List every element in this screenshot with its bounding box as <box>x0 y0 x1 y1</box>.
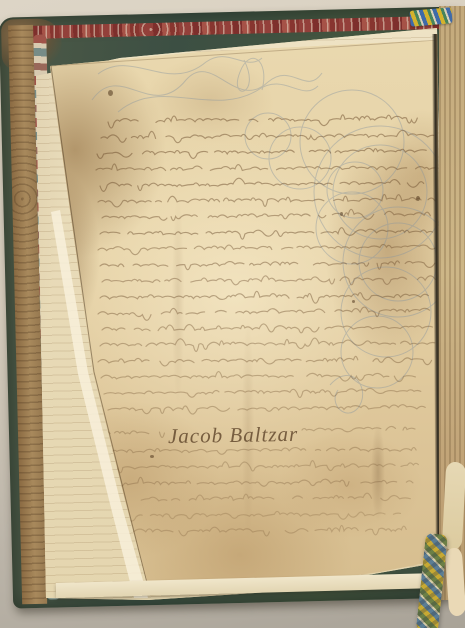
handwriting-line <box>112 476 413 488</box>
handwriting-line <box>116 493 410 503</box>
handwriting-line <box>102 274 435 287</box>
handwriting-lines <box>96 113 441 536</box>
handwriting-line <box>100 177 424 192</box>
handwriting-line <box>101 370 435 384</box>
handwriting-line <box>112 447 416 455</box>
handwriting-line <box>100 260 435 271</box>
handwriting-line <box>98 194 435 207</box>
handwriting-line <box>112 510 401 521</box>
book-scan: Jacob Baltzar <box>0 0 465 628</box>
handwriting-line <box>102 323 433 334</box>
handwriting-line <box>98 356 432 366</box>
handwriting-line <box>108 460 418 473</box>
handwriting-line <box>96 162 441 171</box>
manuscript-name: Jacob Baltzar <box>168 422 299 448</box>
handwriting-line <box>108 404 425 414</box>
handwriting-line <box>104 388 428 399</box>
handwriting-line <box>106 431 164 438</box>
handwriting-line <box>100 290 438 304</box>
handwriting-line <box>100 227 433 240</box>
handwriting-line <box>98 243 435 255</box>
handwriting-line <box>120 525 406 537</box>
handwriting-line <box>302 426 415 432</box>
handwriting-line <box>101 129 434 143</box>
torn-page-fragment <box>445 547 465 616</box>
handwriting-line <box>100 337 435 353</box>
handwriting-line <box>102 208 430 222</box>
